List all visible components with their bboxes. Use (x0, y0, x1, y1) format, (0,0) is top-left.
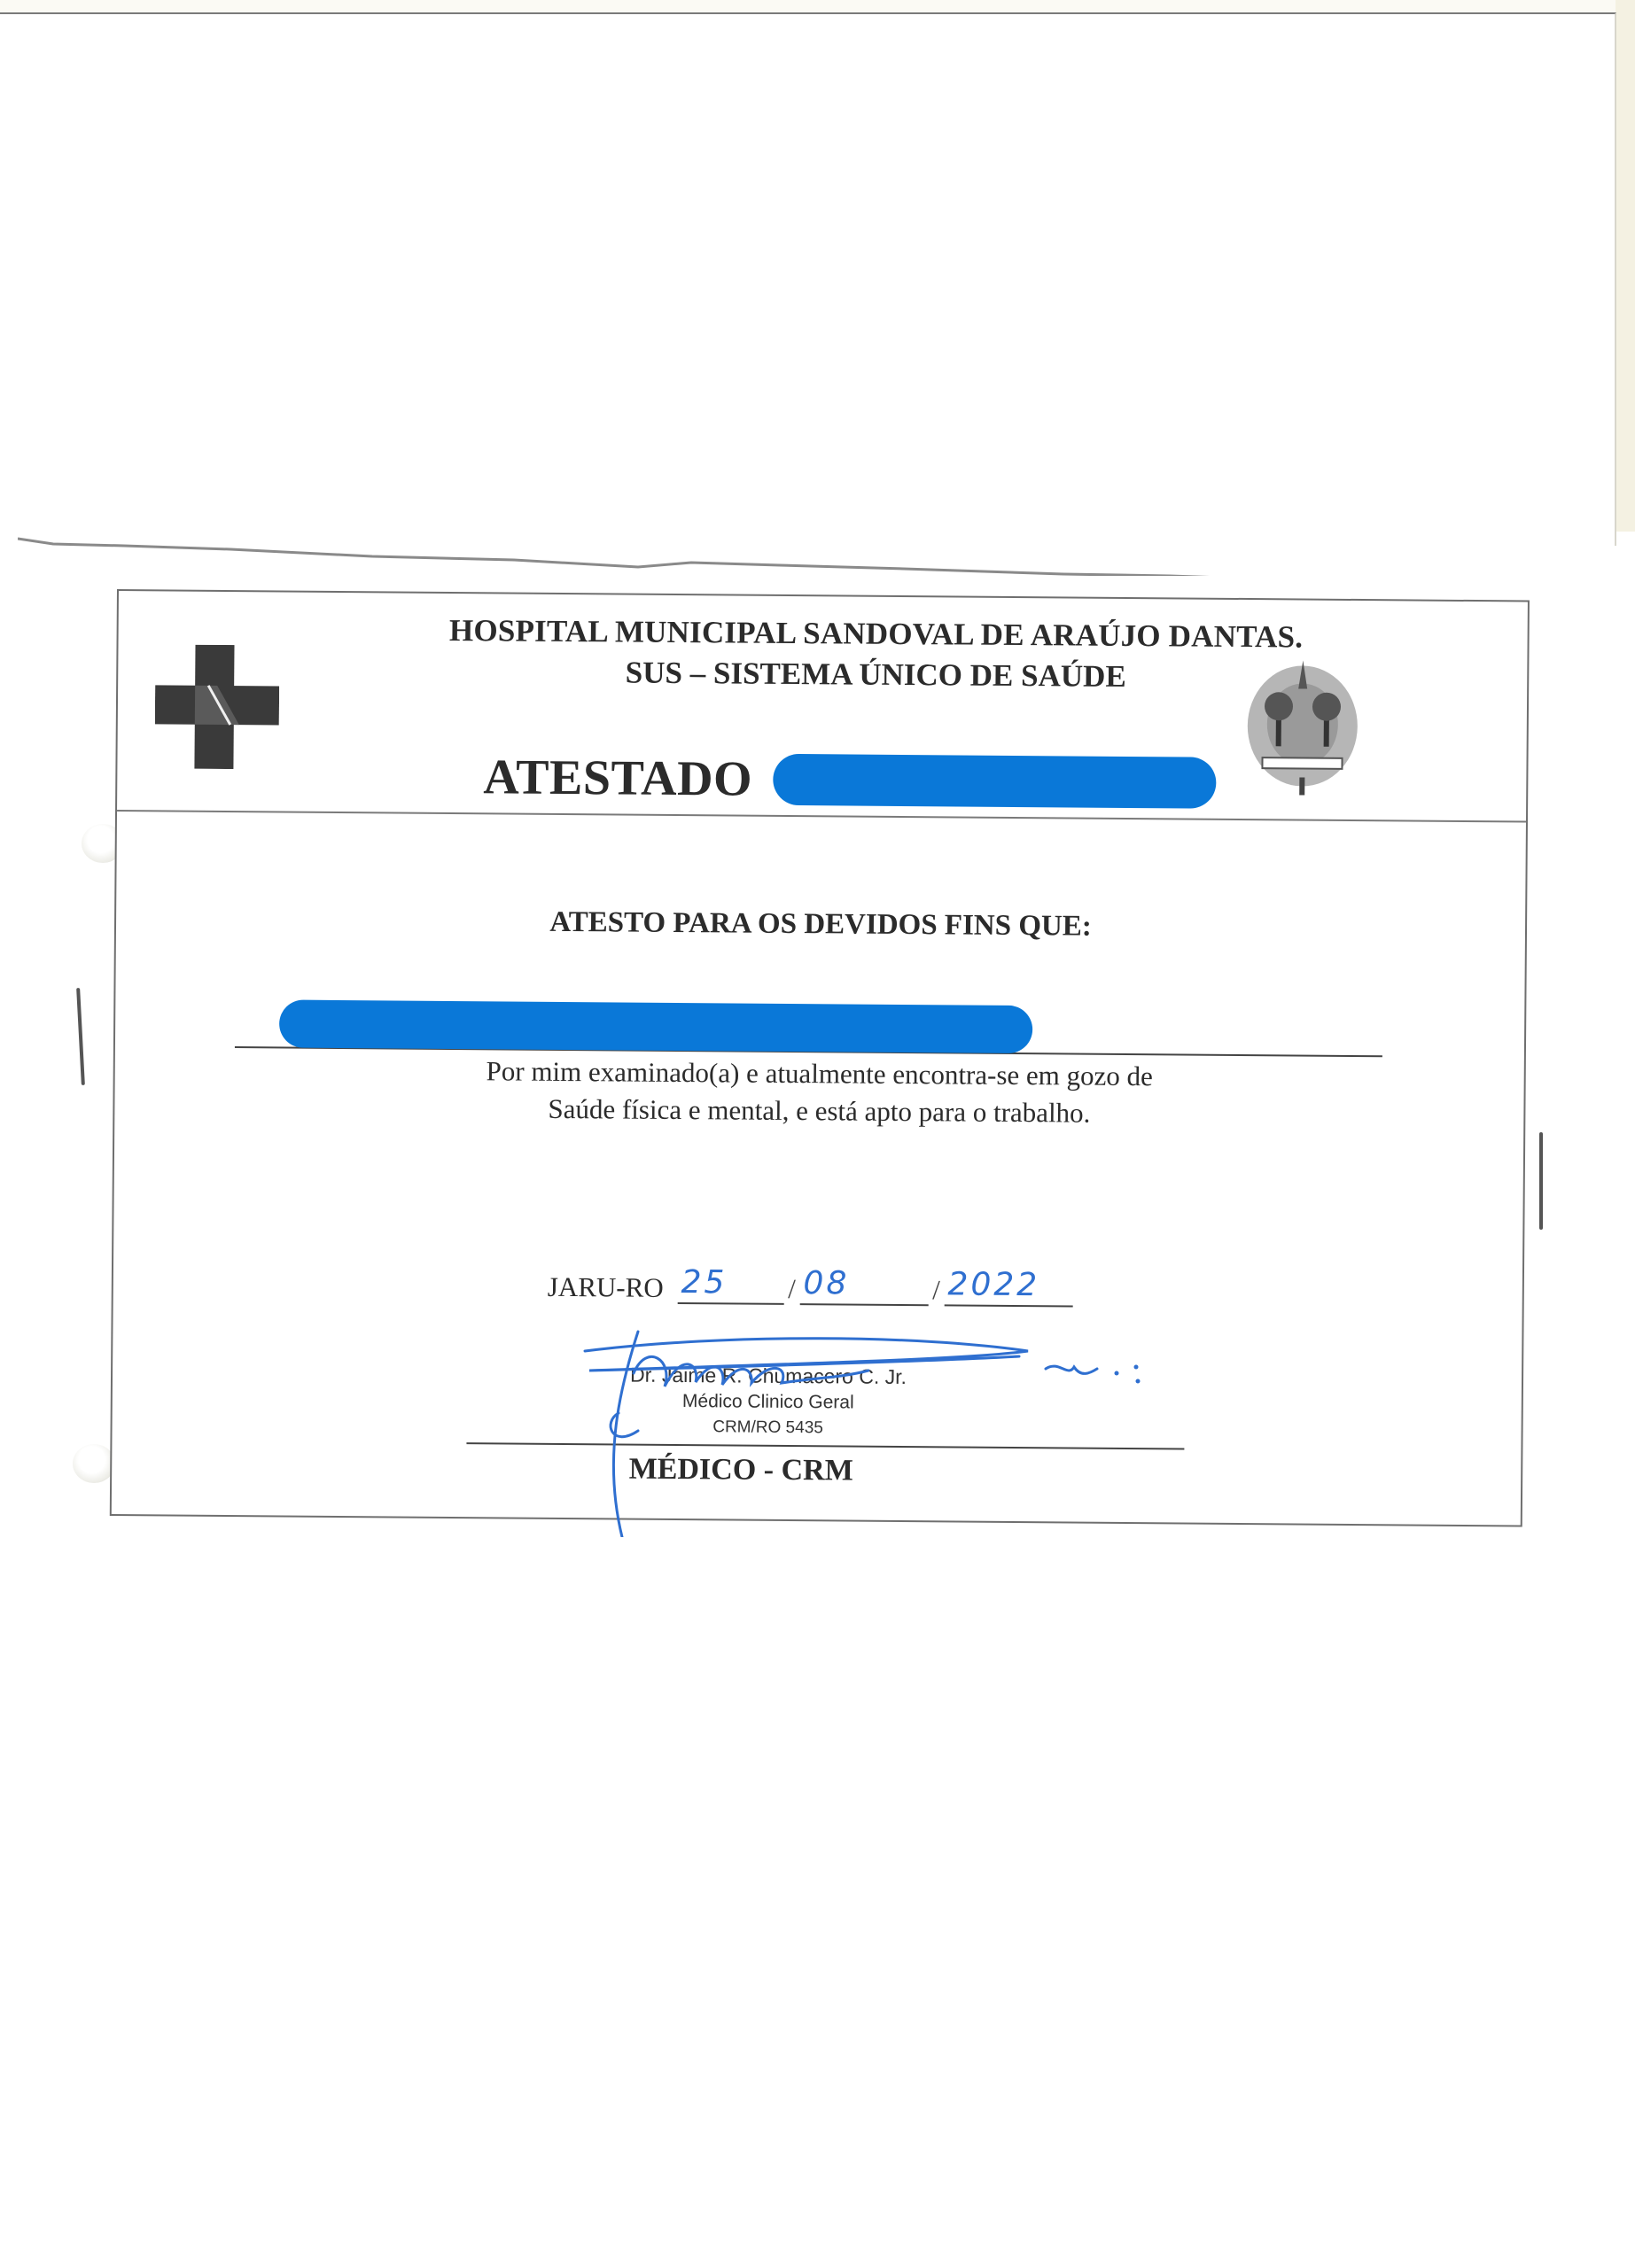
date-month-value: 08 (803, 1265, 849, 1301)
torn-paper-edge (18, 532, 1631, 576)
doctor-stamp: Dr. Jaime R. Chumacero C. Jr. Médico Cli… (112, 1357, 1522, 1446)
date-year-field: 2022 (944, 1274, 1072, 1307)
health-statement: Por mim examinado(a) e atualmente encont… (114, 1050, 1524, 1135)
header-divider (117, 810, 1526, 822)
pen-mark-right (1539, 1132, 1543, 1230)
signature-line (466, 1442, 1184, 1449)
date-day-field: 25 (677, 1272, 783, 1305)
document-title: ATESTADO (483, 749, 752, 807)
folded-paper-top (0, 12, 1616, 546)
date-month-field: 08 (799, 1273, 928, 1306)
place-date-row: JARU-RO 25 / 08 / 2022 (548, 1271, 1073, 1308)
signature-label: MÉDICO - CRM (112, 1449, 1521, 1493)
municipal-coat-of-arms-icon (1235, 653, 1369, 804)
date-separator: / (928, 1274, 944, 1306)
attest-heading: ATESTO PARA OS DEVIDOS FINS QUE: (116, 903, 1525, 946)
hospital-name: HOSPITAL MUNICIPAL SANDOVAL DE ARAÚJO DA… (118, 610, 1527, 656)
date-separator: / (783, 1273, 799, 1305)
place-label: JARU-RO (548, 1271, 664, 1303)
date-year-value: 2022 (947, 1266, 1039, 1303)
punch-hole-bottom (73, 1444, 115, 1483)
certificate-form: HOSPITAL MUNICIPAL SANDOVAL DE ARAÚJO DA… (110, 589, 1530, 1526)
redaction-title-suffix (773, 754, 1216, 809)
date-day-value: 25 (681, 1264, 727, 1301)
redaction-patient-name (279, 999, 1032, 1053)
